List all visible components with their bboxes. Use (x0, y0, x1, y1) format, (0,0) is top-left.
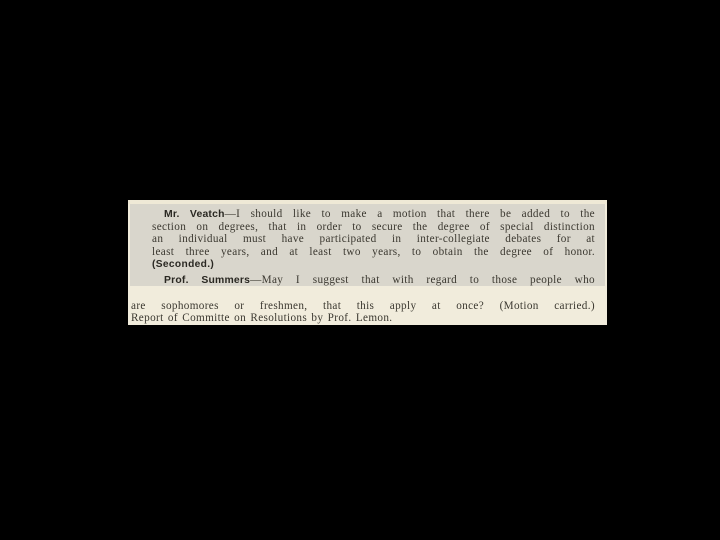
committee-report-line: Report of Committe on Resolutions by Pro… (131, 312, 595, 324)
paragraph-veatch-motion: Mr. Veatch—I should like to make a motio… (140, 208, 595, 271)
text-line: an individual must have participated in … (140, 233, 595, 245)
text-line: section on degrees, that in order to sec… (140, 221, 595, 233)
page-background: Mr. Veatch—I should like to make a motio… (0, 0, 720, 540)
text-line: are sophomores or freshmen, that this ap… (131, 300, 595, 312)
text-line: least three years, and at least two year… (140, 246, 595, 258)
newspaper-clipping: Mr. Veatch—I should like to make a motio… (128, 200, 607, 325)
text-line: Mr. Veatch—I should like to make a motio… (140, 208, 595, 221)
text-line: Prof. Summers—May I suggest that with re… (140, 274, 595, 287)
speaker-name: Prof. Lemon. (328, 312, 393, 324)
motion-carried-note: (Motion carried.) (500, 300, 595, 312)
paragraph-continuation: are sophomores or freshmen, that this ap… (131, 300, 595, 324)
paragraph-summers-suggestion: Prof. Summers—May I suggest that with re… (140, 274, 595, 287)
speaker-name: Prof. Summers (164, 275, 250, 286)
seconded-note: (Seconded.) (152, 259, 214, 270)
speaker-name: Mr. Veatch (164, 209, 225, 220)
text-line: (Seconded.) (140, 258, 595, 271)
